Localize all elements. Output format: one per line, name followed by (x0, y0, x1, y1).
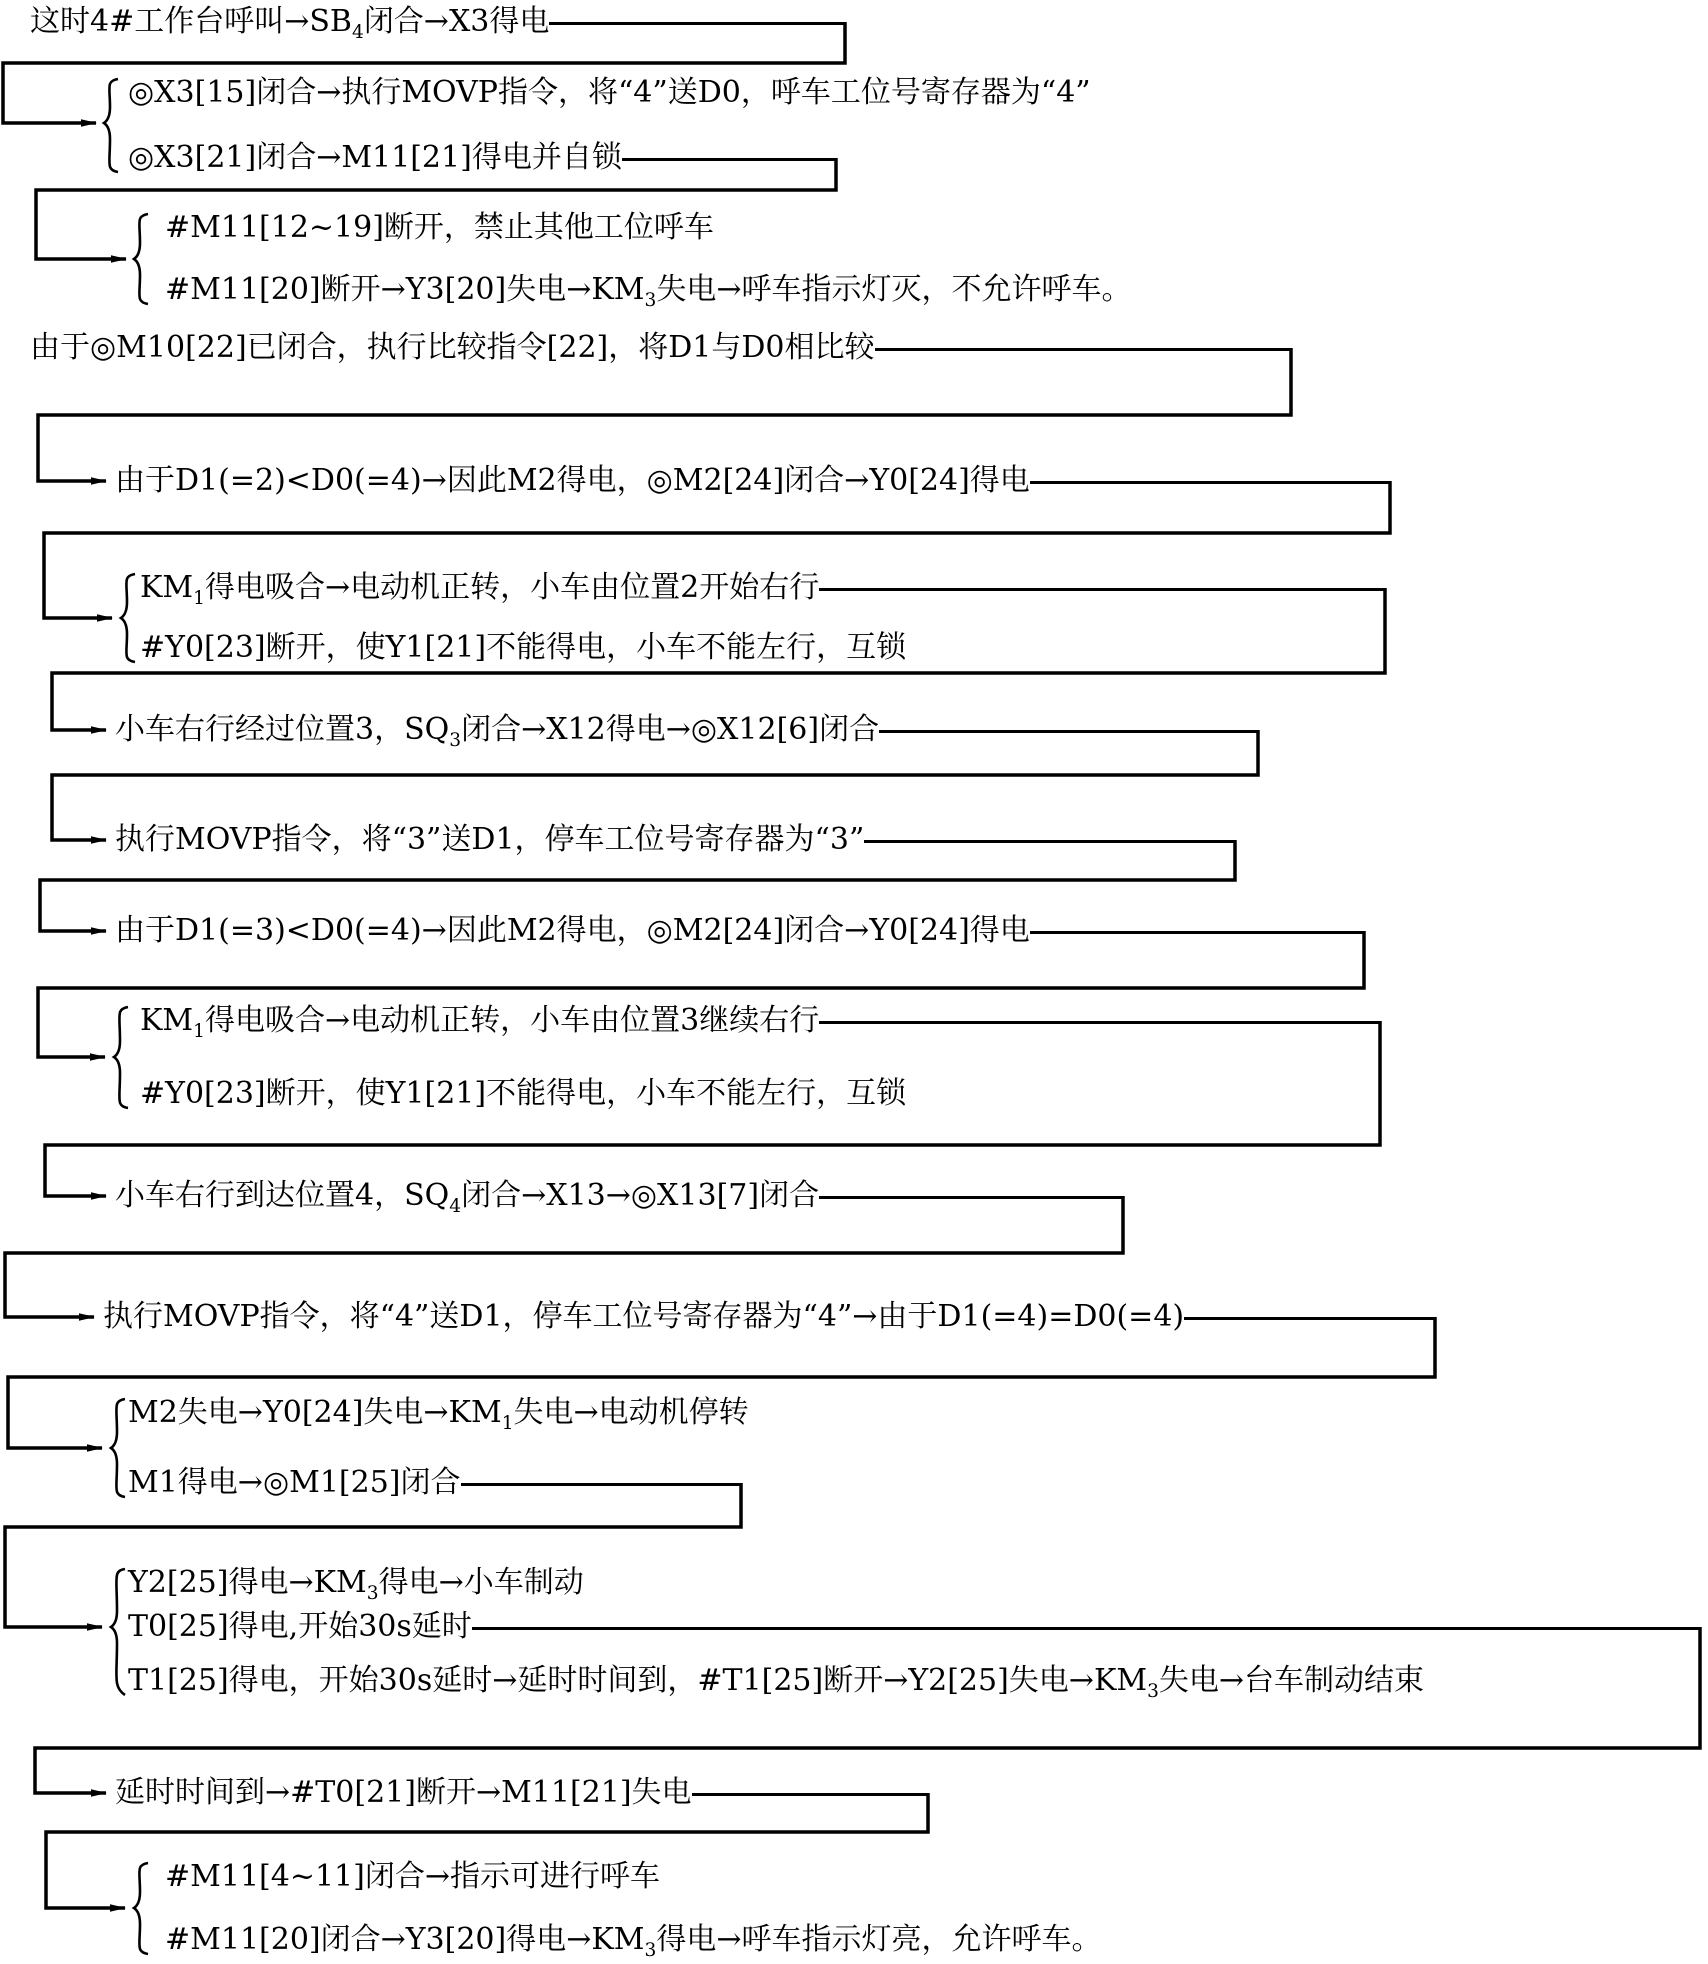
flow-trail-16 (1184, 1317, 1435, 1320)
flow-step-8-text: KM1得电吸合→电动机正转，小车由位置2开始右行 (140, 566, 819, 610)
flow-step-14-text: #Y0[23]断开，使Y1[21]不能得电，小车不能左行，互锁 (140, 1072, 906, 1116)
flow-step-21-text: T1[25]得电，开始30s延时→延时时间到，#T1[25]断开→Y2[25]失… (128, 1659, 1424, 1703)
flow-step-12-text: 由于D1(=3)<D0(=4)→因此M2得电，◎M2[24]闭合→Y0[24]得… (115, 909, 1030, 953)
flow-step-9-text: #Y0[23]断开，使Y1[21]不能得电，小车不能左行，互锁 (140, 626, 906, 670)
flow-trail-6 (875, 348, 1291, 351)
brace-group-6 (111, 1569, 125, 1695)
brace-group-2 (134, 214, 148, 304)
flow-step-13-text: KM1得电吸合→电动机正转，小车由位置3继续右行 (140, 999, 819, 1043)
flow-step-23-text: #M11[4~11]闭合→指示可进行呼车 (165, 1855, 660, 1899)
flow-step-2: ◎X3[15]闭合→执行MOVP指令，将“4”送D0，呼车工位号寄存器为“4” (128, 71, 1091, 115)
flowchart-canvas: 这时4#工作台呼叫→SB4闭合→X3得电 ◎X3[15]闭合→执行MOVP指令，… (0, 0, 1708, 1964)
flow-step-23: #M11[4~11]闭合→指示可进行呼车 (165, 1855, 660, 1899)
flow-step-17: M2失电→Y0[24]失电→KM1失电→电动机停转 (128, 1391, 749, 1435)
flow-step-16-text: 执行MOVP指令，将“4”送D1，停车工位号寄存器为“4”→由于D1(=4)=D… (103, 1295, 1184, 1339)
flow-step-5-text: #M11[20]断开→Y3[20]失电→KM3失电→呼车指示灯灭，不允许呼车。 (165, 268, 1131, 312)
flow-step-15-text: 小车右行到达位置4，SQ4闭合→X13→◎X13[7]闭合 (115, 1174, 819, 1218)
flow-step-18: M1得电→◎M1[25]闭合 (128, 1461, 741, 1505)
flow-trail-22 (692, 1793, 928, 1796)
flow-step-9: #Y0[23]断开，使Y1[21]不能得电，小车不能左行，互锁 (140, 626, 906, 670)
flow-trail-13 (819, 1021, 1380, 1024)
flow-trail-12 (1030, 931, 1364, 934)
flow-step-11: 执行MOVP指令，将“3”送D1，停车工位号寄存器为“3” (115, 818, 1235, 862)
brace-group-1 (104, 79, 118, 172)
flow-step-22-text: 延时时间到→#T0[21]断开→M11[21]失电 (115, 1771, 692, 1815)
flow-step-21: T1[25]得电，开始30s延时→延时时间到，#T1[25]断开→Y2[25]失… (128, 1659, 1424, 1703)
flow-trail-18 (461, 1483, 741, 1486)
flow-step-18-text: M1得电→◎M1[25]闭合 (128, 1461, 461, 1505)
flow-step-4-text: #M11[12~19]断开，禁止其他工位呼车 (165, 206, 714, 250)
brace-group-7 (134, 1863, 148, 1954)
flow-trail-11 (864, 840, 1235, 843)
flow-step-19-text: Y2[25]得电→KM3得电→小车制动 (128, 1561, 584, 1605)
flow-step-24-text: #M11[20]闭合→Y3[20]得电→KM3得电→呼车指示灯亮，允许呼车。 (165, 1918, 1101, 1962)
flow-step-2-text: ◎X3[15]闭合→执行MOVP指令，将“4”送D0，呼车工位号寄存器为“4” (128, 71, 1091, 115)
flow-step-4: #M11[12~19]断开，禁止其他工位呼车 (165, 206, 714, 250)
flow-step-12: 由于D1(=3)<D0(=4)→因此M2得电，◎M2[24]闭合→Y0[24]得… (115, 909, 1364, 953)
flow-step-7-text: 由于D1(=2)<D0(=4)→因此M2得电，◎M2[24]闭合→Y0[24]得… (115, 459, 1030, 503)
flow-step-10: 小车右行经过位置3，SQ3闭合→X12得电→◎X12[6]闭合 (115, 708, 1258, 752)
flow-step-22: 延时时间到→#T0[21]断开→M11[21]失电 (115, 1771, 928, 1815)
flow-trail-8 (819, 588, 1385, 591)
flow-trail-10 (879, 730, 1258, 733)
flow-step-14: #Y0[23]断开，使Y1[21]不能得电，小车不能左行，互锁 (140, 1072, 906, 1116)
brace-group-3 (121, 574, 135, 662)
flow-trail-7 (1030, 481, 1390, 484)
flow-step-15: 小车右行到达位置4，SQ4闭合→X13→◎X13[7]闭合 (115, 1174, 1123, 1218)
flow-step-3: ◎X3[21]闭合→M11[21]得电并自锁 (128, 136, 836, 180)
flow-step-8: KM1得电吸合→电动机正转，小车由位置2开始右行 (140, 566, 1385, 610)
flow-step-1: 这时4#工作台呼叫→SB4闭合→X3得电 (30, 0, 845, 44)
flow-step-24: #M11[20]闭合→Y3[20]得电→KM3得电→呼车指示灯亮，允许呼车。 (165, 1918, 1101, 1962)
flow-step-20: T0[25]得电,开始30s延时 (128, 1605, 1700, 1649)
flow-step-11-text: 执行MOVP指令，将“3”送D1，停车工位号寄存器为“3” (115, 818, 864, 862)
flow-step-3-text: ◎X3[21]闭合→M11[21]得电并自锁 (128, 136, 622, 180)
flow-step-1-text: 这时4#工作台呼叫→SB4闭合→X3得电 (30, 0, 549, 44)
flow-step-20-text: T0[25]得电,开始30s延时 (128, 1605, 472, 1649)
flow-step-10-text: 小车右行经过位置3，SQ3闭合→X12得电→◎X12[6]闭合 (115, 708, 879, 752)
flow-trail-1 (549, 22, 845, 25)
flow-step-16: 执行MOVP指令，将“4”送D1，停车工位号寄存器为“4”→由于D1(=4)=D… (103, 1295, 1435, 1339)
flow-trail-3 (622, 158, 836, 161)
brace-group-5 (111, 1399, 125, 1497)
flow-step-13: KM1得电吸合→电动机正转，小车由位置3继续右行 (140, 999, 1380, 1043)
flow-step-6-text: 由于◎M10[22]已闭合，执行比较指令[22]，将D1与D0相比较 (30, 326, 875, 370)
flow-step-6: 由于◎M10[22]已闭合，执行比较指令[22]，将D1与D0相比较 (30, 326, 1291, 370)
flow-step-17-text: M2失电→Y0[24]失电→KM1失电→电动机停转 (128, 1391, 749, 1435)
flow-trail-20 (472, 1627, 1700, 1630)
flow-trail-15 (819, 1196, 1123, 1199)
connector-13 (35, 1627, 1700, 1793)
brace-group-4 (114, 1007, 128, 1108)
flow-step-7: 由于D1(=2)<D0(=4)→因此M2得电，◎M2[24]闭合→Y0[24]得… (115, 459, 1390, 503)
flow-step-5: #M11[20]断开→Y3[20]失电→KM3失电→呼车指示灯灭，不允许呼车。 (165, 268, 1131, 312)
flow-step-19: Y2[25]得电→KM3得电→小车制动 (128, 1561, 584, 1605)
